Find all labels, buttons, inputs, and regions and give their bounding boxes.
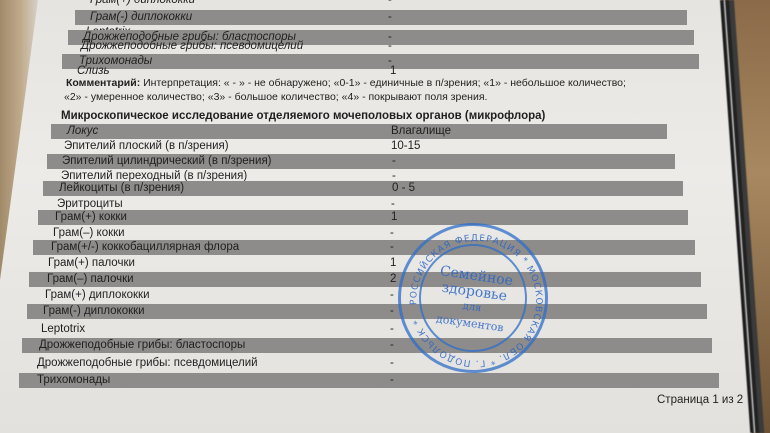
header-value: Влагалище [391, 124, 451, 139]
comment-line-1: Комментарий: Интерпретация: « - » - не о… [66, 77, 626, 89]
row-value: - [390, 322, 394, 337]
row-label: Грам(-) диплококки [43, 304, 145, 319]
row-label: Дрожжеподобные грибы: псевдомицелий [37, 356, 258, 371]
row-label: Дрожжеподобные грибы: псевдомицелий [81, 39, 303, 54]
table-row: Эпителий плоский (в п/зрения) 10-15 [50, 139, 670, 154]
table-row: Грам(–) палочки 2 [29, 272, 701, 287]
comment-label: Комментарий: [66, 77, 140, 89]
row-value: - [390, 226, 394, 241]
row-label: Эпителий цилиндрический (в п/зрения) [62, 154, 272, 169]
row-value: 1 [391, 210, 397, 225]
comment-text: Интерпретация: « - » - не обнаружено; «0… [143, 77, 626, 89]
row-label: Грам(-) диплококки [90, 10, 192, 25]
row-label: Эпителий плоский (в п/зрения) [64, 139, 229, 154]
table-row: Грам(+) диплококки - [27, 288, 703, 303]
table-header: Локус Влагалище [51, 124, 667, 139]
row-value: - [388, 10, 392, 25]
row-value: 2 [390, 272, 396, 287]
row-label: Грам(+/-) коккобациллярная флора [51, 240, 239, 255]
row-label: Грам(+) диплококки [45, 288, 150, 303]
table-row: Дрожжеподобные грибы: бластоспоры - [22, 338, 712, 353]
row-value: - [390, 240, 394, 255]
row-label: Лейкоциты (в п/зрения) [59, 181, 184, 196]
header-label: Локус [67, 124, 98, 139]
row-value: 10-15 [391, 139, 420, 154]
table-row: Эпителий цилиндрический (в п/зрения) - [47, 154, 675, 169]
page-number: Страница 1 из 2 [657, 394, 743, 406]
row-label: Грам(+) диплококки [90, 0, 195, 8]
official-stamp: РОССИЙСКАЯ ФЕДЕРАЦИЯ * МОСКОВСКАЯ ОБЛ. *… [393, 218, 553, 378]
row-value: - [390, 304, 394, 319]
table-row: Дрожжеподобные грибы: псевдомицелий - [20, 356, 715, 371]
row-value: - [390, 373, 394, 388]
table-row: Грам(+/-) коккобациллярная флора - [33, 240, 695, 255]
row-label: Грам(+) палочки [48, 256, 135, 271]
row-label: Дрожжеподобные грибы: бластоспоры [39, 338, 245, 353]
row-label: Грам(+) кокки [55, 210, 127, 225]
top-row: Дрожжеподобные грибы: псевдомицелий - [65, 39, 695, 54]
table-row: Лейкоциты (в п/зрения) 0 - 5 [43, 181, 683, 196]
row-value: - [388, 0, 392, 8]
row-value: - [388, 39, 392, 54]
row-label: Leptotrix [41, 322, 85, 337]
row-label: Грам(–) палочки [47, 272, 134, 287]
section-title: Микроскопическое исследование отделяемог… [61, 110, 545, 122]
table-row: Грам(+) палочки 1 [30, 256, 697, 271]
top-row: Грам(-) диплококки - [75, 10, 687, 25]
table-row: Грам(+) кокки 1 [38, 210, 688, 225]
comment-text: «2» - умеренное количество; «3» - большо… [64, 91, 487, 103]
row-value: 1 [390, 256, 396, 271]
table-row: Грам(–) кокки - [35, 226, 690, 241]
document-page: Грам(+) диплококки - Грам(-) диплококки … [0, 0, 770, 433]
table-row: Грам(-) диплококки - [27, 304, 707, 319]
row-label: Трихомонады [37, 373, 110, 388]
row-value: 0 - 5 [392, 181, 415, 196]
table-row: Трихомонады - [19, 373, 719, 388]
row-value: - [392, 154, 396, 169]
comment-line-2: «2» - умеренное количество; «3» - большо… [64, 91, 487, 103]
table-row: Leptotrix - [24, 322, 708, 337]
top-row: Грам(+) диплококки - [90, 0, 680, 8]
row-label: Грам(–) кокки [53, 226, 125, 241]
row-value: - [390, 338, 394, 353]
row-value: - [390, 288, 394, 303]
row-value: - [390, 356, 394, 371]
